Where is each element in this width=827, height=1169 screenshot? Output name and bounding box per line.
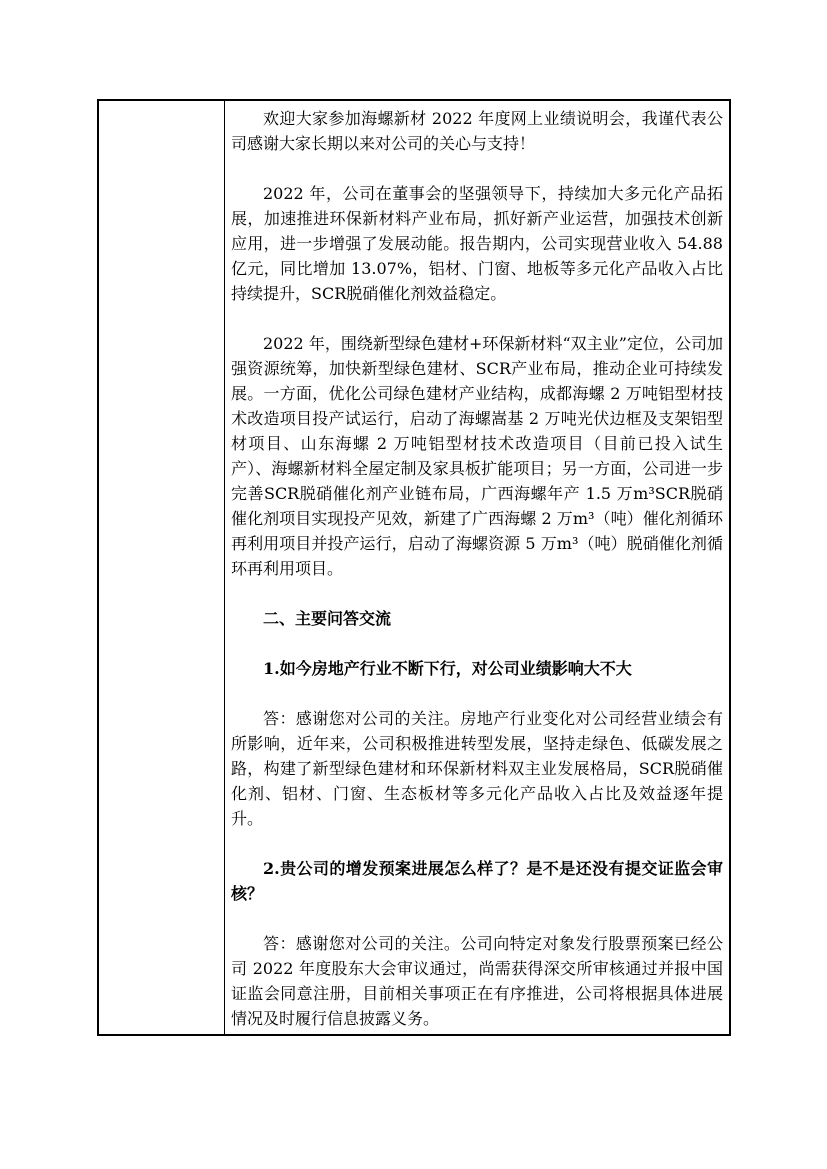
record-table: 欢迎大家参加海螺新材 2022 年度网上业绩说明会，我谨代表公司感谢大家长期以来… — [97, 99, 731, 1036]
answer-2: 答：感谢您对公司的关注。公司向特定对象发行股票预案已经公司 2022 年度股东大… — [231, 931, 723, 1031]
document-page: 欢迎大家参加海螺新材 2022 年度网上业绩说明会，我谨代表公司感谢大家长期以来… — [0, 0, 827, 1169]
answer-1: 答：感谢您对公司的关注。房地产行业变化对公司经营业绩会有所影响，近年来，公司积极… — [231, 706, 723, 831]
welcome-paragraph: 欢迎大家参加海螺新材 2022 年度网上业绩说明会，我谨代表公司感谢大家长期以来… — [231, 106, 723, 156]
empty-label-cell — [99, 101, 225, 1034]
record-content-cell: 欢迎大家参加海螺新材 2022 年度网上业绩说明会，我谨代表公司感谢大家长期以来… — [225, 101, 729, 1034]
qa-section-heading: 二、主要问答交流 — [231, 606, 723, 631]
question-1: 1.如今房地产行业不断下行，对公司业绩影响大不大 — [231, 656, 723, 681]
business-review-paragraph: 2022 年，公司在董事会的坚强领导下，持续加大多元化产品拓展，加速推进环保新材… — [231, 181, 723, 306]
strategy-paragraph: 2022 年，围绕新型绿色建材+环保新材料“双主业”定位，公司加强资源统筹，加快… — [231, 331, 723, 581]
question-2: 2.贵公司的增发预案进展怎么样了？是不是还没有提交证监会审核？ — [231, 856, 723, 906]
